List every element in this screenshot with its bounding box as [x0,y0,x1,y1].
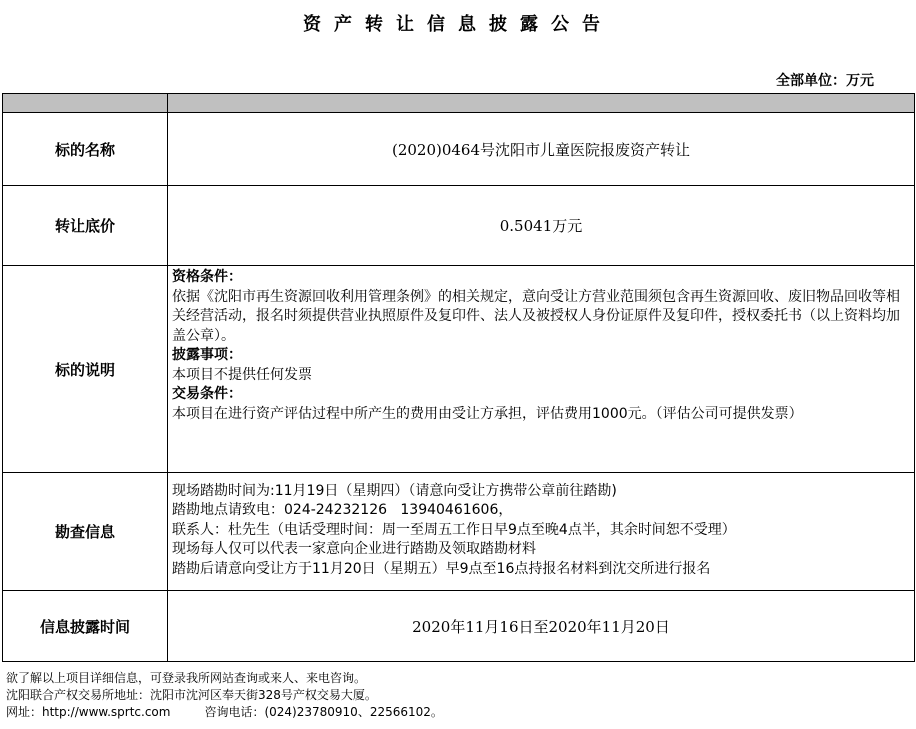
table-row: 转让底价 0.5041万元 [3,186,915,266]
header-row [3,94,915,113]
page-title: 资产转让信息披露公告 [0,10,916,36]
qualification-text: 依据《沈阳市再生资源回收利用管理条例》的相关规定，意向受让方营业范围须包含再生资… [172,288,910,347]
table-row: 信息披露时间 2020年11月16日至2020年11月20日 [3,591,915,662]
disclosure-period-value: 2020年11月16日至2020年11月20日 [168,591,915,662]
disclosure-heading: 披露事项： [172,347,242,363]
inspection-line: 踏勘后请意向受让方于11月20日（星期五）早9点至16点持报名材料到沈交所进行报… [172,560,910,580]
row-label-inspection: 勘查信息 [3,473,168,591]
description-cell: 资格条件： 依据《沈阳市再生资源回收利用管理条例》的相关规定，意向受让方营业范围… [168,266,915,473]
row-label-description: 标的说明 [3,266,168,473]
inspection-cell: 现场踏勘时间为:11月19日（星期四）（请意向受让方携带公章前往踏勘) 踏勘地点… [168,473,915,591]
table-row: 勘查信息 现场踏勘时间为:11月19日（星期四）（请意向受让方携带公章前往踏勘)… [3,473,915,591]
footer-website[interactable]: 网址：http://www.sprtc.com [6,705,170,719]
subject-name-value: (2020)0464号沈阳市儿童医院报废资产转让 [168,113,915,186]
footer-line-address: 沈阳联合产权交易所地址：沈阳市沈河区奉天街328号产权交易大厦。 [6,687,443,704]
footer: 欲了解以上项目详细信息，可登录我所网站查询或来人、来电咨询。 沈阳联合产权交易所… [6,670,443,721]
row-label-disclosure-period: 信息披露时间 [3,591,168,662]
inspection-line: 现场踏勘时间为:11月19日（星期四）（请意向受让方携带公章前往踏勘) [172,482,910,502]
footer-phone: 咨询电话：(024)23780910、22566102。 [204,705,442,719]
table-row: 标的名称 (2020)0464号沈阳市儿童医院报废资产转让 [3,113,915,186]
trade-terms-heading: 交易条件： [172,386,242,402]
inspection-line: 联系人：杜先生（电话受理时间：周一至周五工作日早9点至晚4点半，其余时间恕不受理… [172,521,910,541]
disclosure-text: 本项目不提供任何发票 [172,366,910,386]
footer-line-info: 欲了解以上项目详细信息，可登录我所网站查询或来人、来电咨询。 [6,670,443,687]
unit-label: 全部单位：万元 [776,70,874,90]
qualification-heading: 资格条件： [172,269,242,285]
row-label-reserve-price: 转让底价 [3,186,168,266]
row-label-subject-name: 标的名称 [3,113,168,186]
table-row: 标的说明 资格条件： 依据《沈阳市再生资源回收利用管理条例》的相关规定，意向受让… [3,266,915,473]
disclosure-table: 标的名称 (2020)0464号沈阳市儿童医院报废资产转让 转让底价 0.504… [2,93,915,662]
reserve-price-value: 0.5041万元 [168,186,915,266]
trade-terms-text: 本项目在进行资产评估过程中所产生的费用由受让方承担，评估费用1000元。（评估公… [172,405,910,425]
inspection-line: 踏勘地点请致电：024-24232126 13940461606， [172,501,910,521]
inspection-line: 现场每人仅可以代表一家意向企业进行踏勘及领取踏勘材料 [172,540,910,560]
